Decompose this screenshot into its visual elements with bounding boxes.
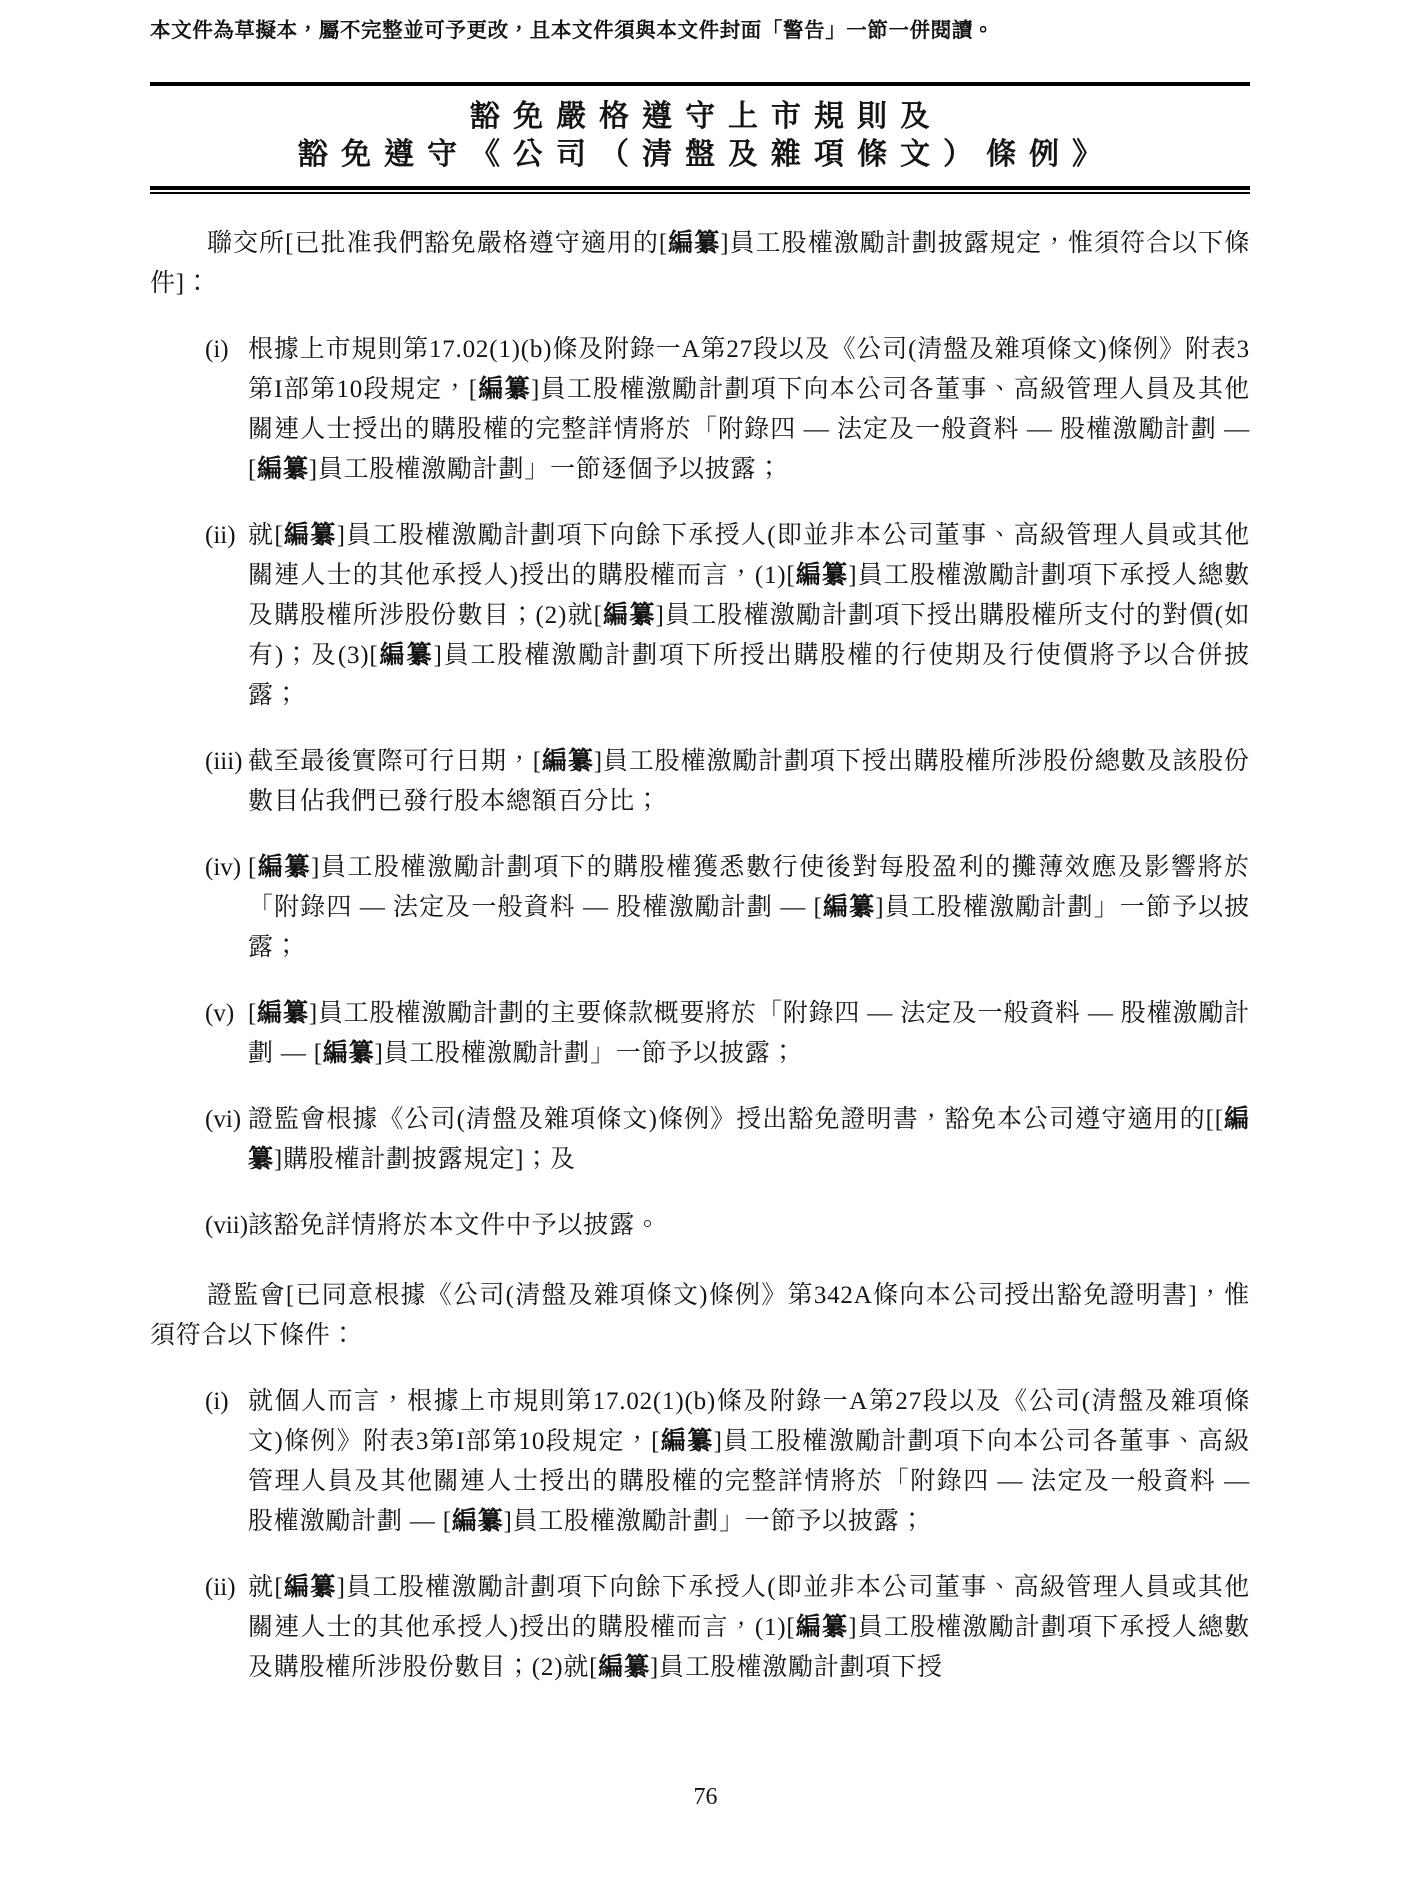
item-label: (vii) (205, 1206, 248, 1246)
text-segment: 證監會根據《公司(清盤及雜項條文)條例》授出豁免證明書，豁免本公司遵守適用的[[ (248, 1106, 1224, 1133)
redacted-marker: 編纂 (283, 522, 336, 549)
redacted-marker: 編纂 (668, 230, 720, 257)
item-label: (vi) (205, 1100, 241, 1140)
redacted-marker: 編纂 (323, 1040, 375, 1067)
text-segment: [ (248, 1000, 257, 1027)
item-label: (ii) (205, 516, 236, 556)
redacted-marker: 編纂 (452, 1508, 504, 1535)
title-line-1: 豁免嚴格遵守上市規則及 (163, 98, 1250, 136)
title-rule-bottom-thin (150, 192, 1250, 194)
item-text: 證監會根據《公司(清盤及雜項條文)條例》授出豁免證明書，豁免本公司遵守適用的[[… (248, 1106, 1250, 1173)
text-segment: 該豁免詳情將於本文件中予以披露。 (248, 1212, 661, 1239)
text-segment: 聯交所[已批准我們豁免嚴格遵守適用的[ (207, 230, 668, 257)
text-segment: 就[ (248, 1574, 283, 1601)
redacted-marker: 編纂 (283, 1574, 336, 1601)
item-label: (i) (205, 330, 229, 370)
redacted-marker: 編纂 (379, 642, 434, 669)
item-text: [編纂]員工股權激勵計劃項下的購股權獲悉數行使後對每股盈利的攤薄效應及影響將於「… (248, 854, 1250, 961)
draft-disclaimer-text: 本文件為草擬本，屬不完整並可予更改，且本文件須與本文件封面「警告」一節一併閱讀。 (150, 0, 1250, 46)
text-segment: ]購股權計劃披露規定]；及 (274, 1146, 576, 1173)
item-text: 就[編纂]員工股權激勵計劃項下向餘下承授人(即並非本公司董事、高級管理人員或其他… (248, 522, 1250, 709)
redacted-marker: 編纂 (257, 456, 309, 483)
text-segment: ]員工股權激勵計劃」一節予以披露； (374, 1040, 796, 1067)
waiver-condition-list-2: (i)就個人而言，根據上市規則第17.02(1)(b)條及附錄一A第27段以及《… (150, 1382, 1250, 1688)
text-segment: 截至最後實際可行日期，[ (248, 748, 542, 775)
redacted-marker: 編纂 (542, 748, 594, 775)
redacted-marker: 編纂 (257, 854, 311, 881)
redacted-marker: 編纂 (660, 1428, 713, 1455)
waiver-condition-list-1: (i)根據上市規則第17.02(1)(b)條及附錄一A第27段以及《公司(清盤及… (150, 330, 1250, 1246)
item-text: 該豁免詳情將於本文件中予以披露。 (248, 1212, 661, 1239)
intro-paragraph-2: 證監會[已同意根據《公司(清盤及雜項條文)條例》第342A條向本公司授出豁免證明… (150, 1276, 1250, 1356)
text-segment: ]員工股權激勵計劃項下授 (650, 1654, 943, 1681)
redacted-marker: 編纂 (823, 894, 876, 921)
list-item: (iv)[編纂]員工股權激勵計劃項下的購股權獲悉數行使後對每股盈利的攤薄效應及影… (150, 848, 1250, 968)
text-segment: 證監會[已同意根據《公司(清盤及雜項條文)條例》第342A條向本公司授出豁免證明… (150, 1282, 1250, 1349)
intro-paragraph-1: 聯交所[已批准我們豁免嚴格遵守適用的[編纂]員工股權激勵計劃披露規定，惟須符合以… (150, 224, 1250, 304)
item-label: (ii) (205, 1568, 236, 1608)
redacted-marker: 編纂 (478, 376, 531, 403)
title-rule-bottom (150, 186, 1250, 190)
list-item: (vii)該豁免詳情將於本文件中予以披露。 (150, 1206, 1250, 1246)
redacted-marker: 編纂 (598, 1654, 650, 1681)
item-text: [編纂]員工股權激勵計劃的主要條款概要將於「附錄四 — 法定及一般資料 — 股權… (248, 1000, 1250, 1067)
redacted-marker: 編纂 (796, 562, 849, 589)
redacted-marker: 編纂 (257, 1000, 309, 1027)
text-segment: 就[ (248, 522, 283, 549)
list-item: (ii)就[編纂]員工股權激勵計劃項下向餘下承授人(即並非本公司董事、高級管理人… (150, 516, 1250, 716)
section-title-block: 豁免嚴格遵守上市規則及 豁免遵守《公司（清盤及雜項條文）條例》 (150, 82, 1250, 194)
list-item: (i)就個人而言，根據上市規則第17.02(1)(b)條及附錄一A第27段以及《… (150, 1382, 1250, 1542)
list-item: (iii)截至最後實際可行日期，[編纂]員工股權激勵計劃項下授出購股權所涉股份總… (150, 742, 1250, 822)
text-segment: [ (248, 854, 257, 881)
list-item: (i)根據上市規則第17.02(1)(b)條及附錄一A第27段以及《公司(清盤及… (150, 330, 1250, 490)
page-content: 本文件為草擬本，屬不完整並可予更改，且本文件須與本文件封面「警告」一節一併閱讀。… (150, 0, 1250, 1688)
list-item: (vi)證監會根據《公司(清盤及雜項條文)條例》授出豁免證明書，豁免本公司遵守適… (150, 1100, 1250, 1180)
item-label: (iii) (205, 742, 243, 782)
document-page: 本文件為草擬本，屬不完整並可予更改，且本文件須與本文件封面「警告」一節一併閱讀。… (0, 0, 1411, 1881)
text-segment: ]員工股權激勵計劃」一節予以披露； (503, 1508, 925, 1535)
item-label: (iv) (205, 848, 241, 888)
item-text: 截至最後實際可行日期，[編纂]員工股權激勵計劃項下授出購股權所涉股份總數及該股份… (248, 748, 1250, 815)
text-segment: ]員工股權激勵計劃」一節逐個予以披露； (309, 456, 783, 483)
title-line-2: 豁免遵守《公司（清盤及雜項條文）條例》 (163, 136, 1250, 174)
item-label: (i) (205, 1382, 229, 1422)
item-text: 就[編纂]員工股權激勵計劃項下向餘下承授人(即並非本公司董事、高級管理人員或其他… (248, 1574, 1250, 1681)
redacted-marker: 編纂 (603, 602, 656, 629)
redacted-marker: 編纂 (796, 1614, 849, 1641)
item-label: (v) (205, 994, 234, 1034)
list-item: (v)[編纂]員工股權激勵計劃的主要條款概要將於「附錄四 — 法定及一般資料 —… (150, 994, 1250, 1074)
item-text: 根據上市規則第17.02(1)(b)條及附錄一A第27段以及《公司(清盤及雜項條… (248, 336, 1250, 483)
item-text: 就個人而言，根據上市規則第17.02(1)(b)條及附錄一A第27段以及《公司(… (248, 1388, 1250, 1535)
page-number: 76 (0, 1784, 1411, 1811)
page-title: 豁免嚴格遵守上市規則及 豁免遵守《公司（清盤及雜項條文）條例》 (150, 86, 1250, 176)
list-item: (ii)就[編纂]員工股權激勵計劃項下向餘下承授人(即並非本公司董事、高級管理人… (150, 1568, 1250, 1688)
